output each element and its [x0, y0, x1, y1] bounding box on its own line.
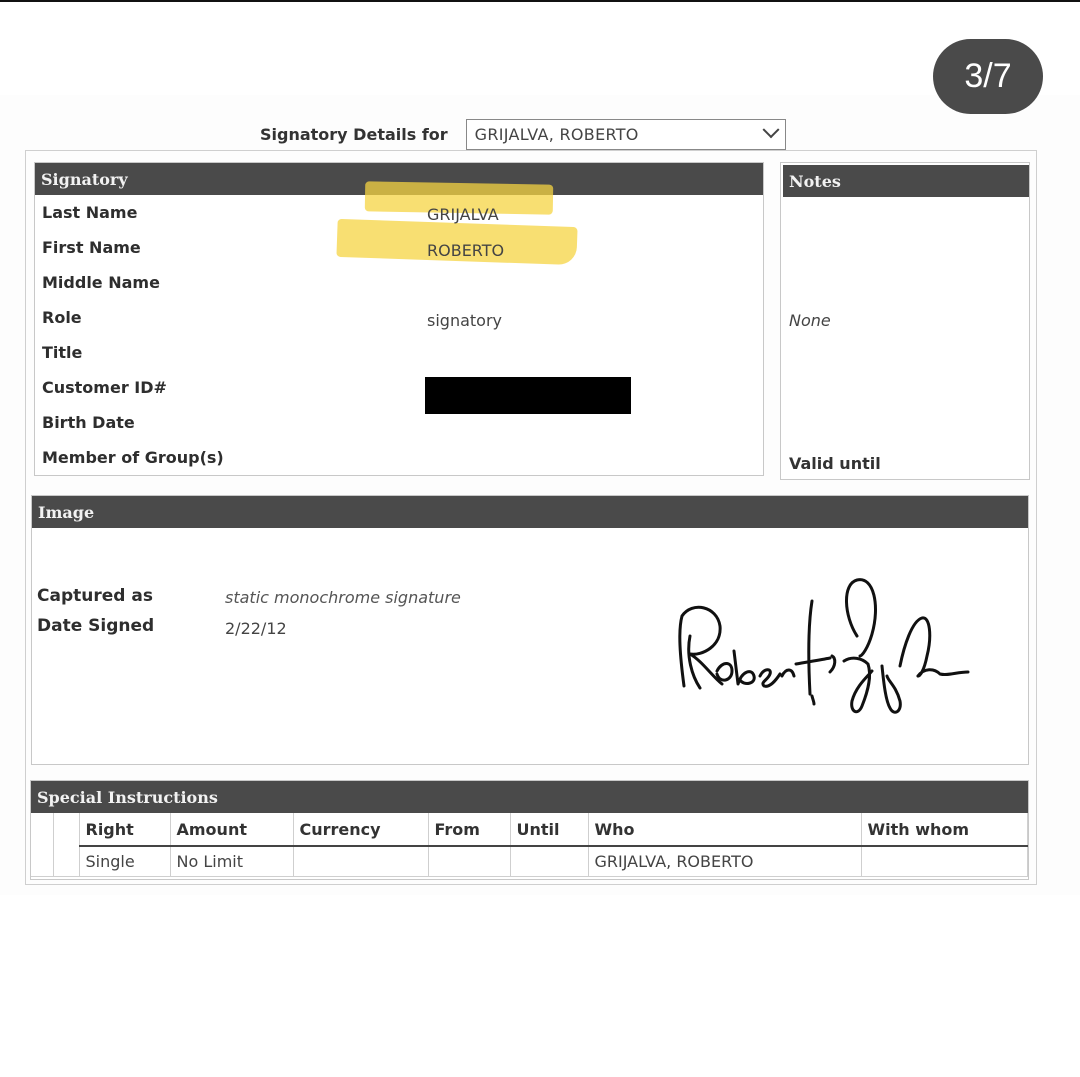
row-select-header: [31, 813, 53, 846]
column-header-who[interactable]: Who: [588, 813, 861, 846]
signatory-panel: Signatory Last Name GRIJALVA First Name …: [34, 162, 764, 476]
notes-value: None: [789, 311, 831, 330]
handwritten-signature-icon: [672, 576, 972, 716]
label-first-name: First Name: [42, 238, 141, 257]
signatory-selector-label: Signatory Details for: [260, 125, 448, 144]
label-last-name: Last Name: [42, 203, 137, 222]
label-role: Role: [42, 308, 82, 327]
special-instructions-panel: Special Instructions Right Amount Curren…: [30, 780, 1029, 880]
signatory-select[interactable]: GRIJALVA, ROBERTO: [466, 119, 786, 150]
label-customer-id: Customer ID#: [42, 378, 167, 397]
cell-from: [428, 846, 510, 876]
value-first-name: ROBERTO: [427, 241, 504, 260]
top-edge-bar: [0, 0, 1080, 2]
column-header-with-whom[interactable]: With whom: [861, 813, 1028, 846]
date-signed-value: 2/22/12: [225, 619, 287, 638]
cell-currency: [293, 846, 428, 876]
table-row[interactable]: Single No Limit GRIJALVA, ROBERTO: [31, 846, 1028, 876]
captured-as-label: Captured as: [37, 586, 153, 606]
chevron-down-icon: [762, 121, 779, 138]
cell-with-whom: [861, 846, 1028, 876]
row-flag-cell: [53, 846, 79, 876]
notes-panel-title: Notes: [783, 165, 1029, 197]
signatory-select-value: GRIJALVA, ROBERTO: [475, 125, 639, 144]
table-header-row: Right Amount Currency From Until Who Wit…: [31, 813, 1028, 846]
column-header-until[interactable]: Until: [510, 813, 588, 846]
column-header-currency[interactable]: Currency: [293, 813, 428, 846]
special-instructions-table: Right Amount Currency From Until Who Wit…: [31, 813, 1028, 877]
special-instructions-title: Special Instructions: [31, 781, 1028, 813]
value-last-name: GRIJALVA: [427, 205, 499, 224]
notes-panel: Notes None Valid until: [780, 162, 1030, 480]
cell-who: GRIJALVA, ROBERTO: [588, 846, 861, 876]
cell-amount: No Limit: [170, 846, 293, 876]
label-birth-date: Birth Date: [42, 413, 135, 432]
cell-until: [510, 846, 588, 876]
column-header-from[interactable]: From: [428, 813, 510, 846]
row-select-cell[interactable]: [31, 846, 53, 876]
valid-until-label: Valid until: [789, 454, 881, 473]
value-role: signatory: [427, 311, 502, 330]
column-header-right[interactable]: Right: [79, 813, 170, 846]
signatory-selector-row: Signatory Details for GRIJALVA, ROBERTO: [260, 118, 786, 150]
cell-right: Single: [79, 846, 170, 876]
image-panel: Image Captured as static monochrome sign…: [31, 495, 1029, 765]
column-header-amount[interactable]: Amount: [170, 813, 293, 846]
label-title: Title: [42, 343, 82, 362]
image-panel-title: Image: [32, 496, 1028, 528]
page-counter-badge: 3/7: [933, 39, 1043, 114]
label-member-of-groups: Member of Group(s): [42, 448, 224, 467]
label-middle-name: Middle Name: [42, 273, 160, 292]
row-flag-header: [53, 813, 79, 846]
customer-id-redaction: [425, 377, 631, 414]
captured-as-value: static monochrome signature: [225, 588, 461, 607]
date-signed-label: Date Signed: [37, 616, 154, 636]
